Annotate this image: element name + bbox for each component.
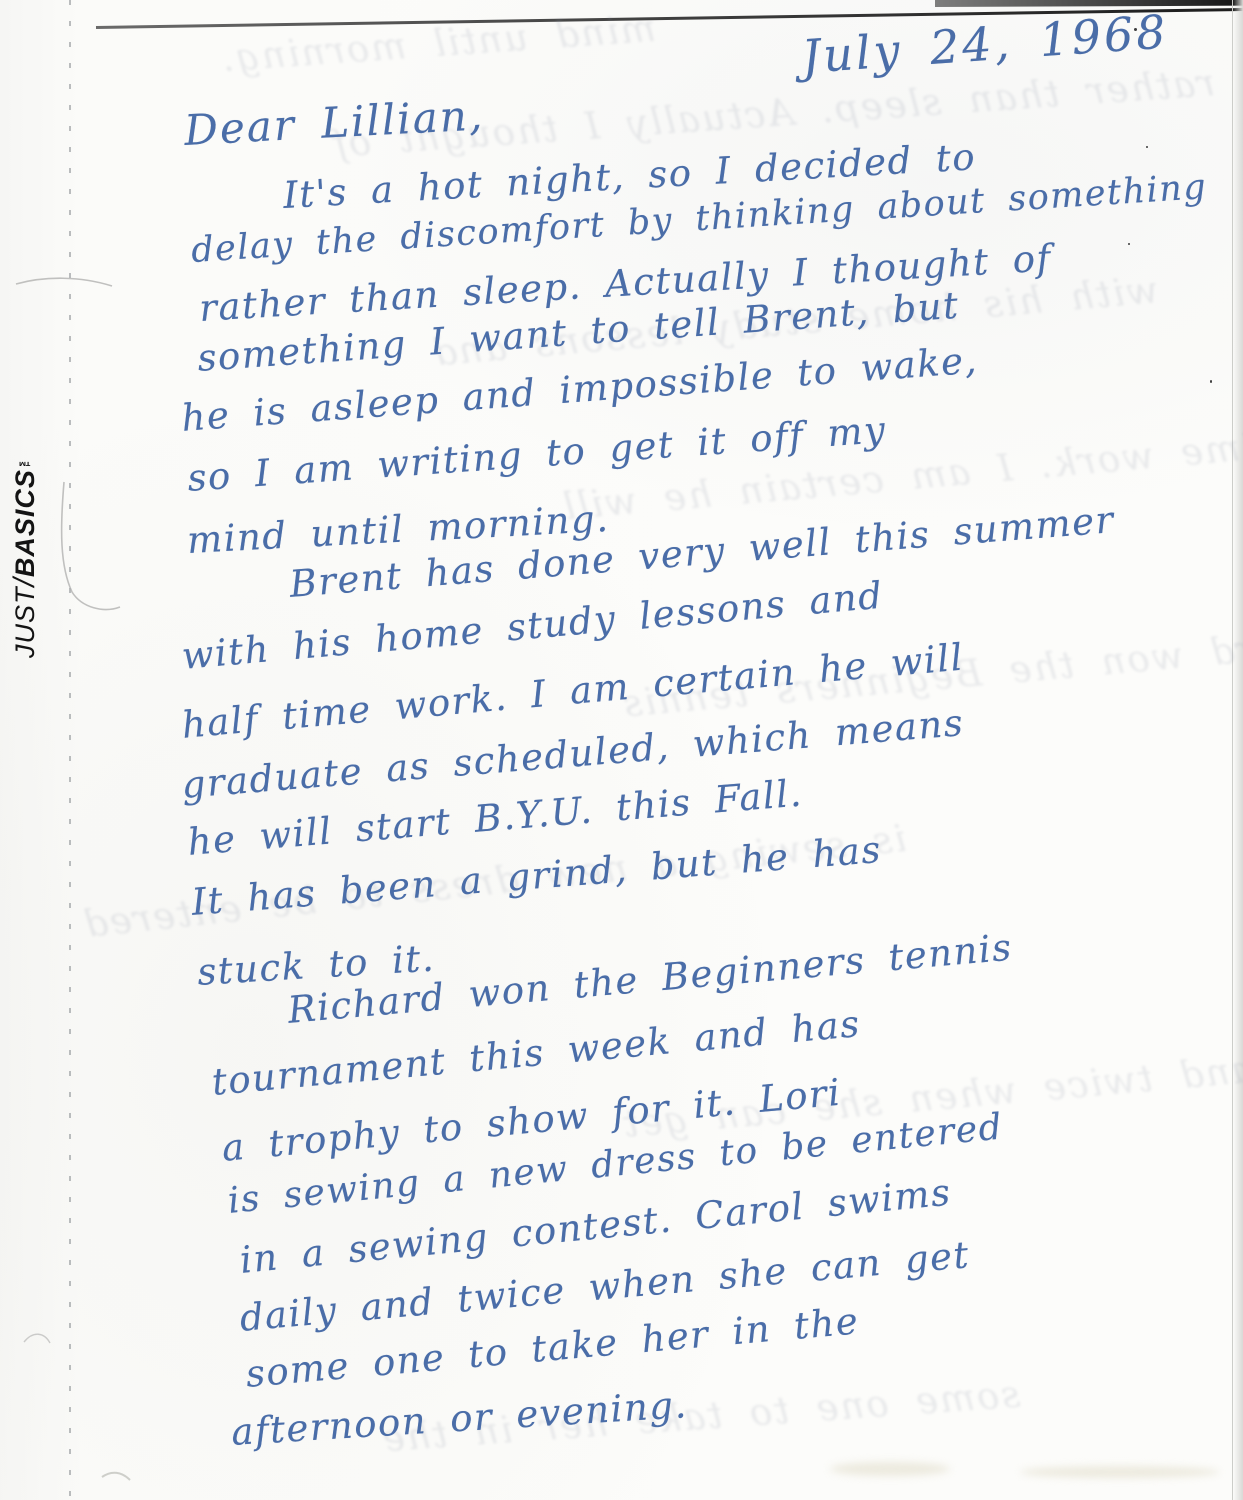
- paper-smudge: [1020, 1466, 1220, 1478]
- brand-basics: BASICS: [10, 469, 40, 577]
- dust-speck: [1134, 28, 1137, 31]
- brand-just: JUST: [10, 587, 40, 659]
- brand-justbasics: JUST/BASICS™: [8, 358, 42, 658]
- dust-speck: [1146, 146, 1148, 148]
- paper-smudge: [830, 1462, 950, 1476]
- perforation-line: [69, 0, 71, 1500]
- brand-trademark: ™: [17, 453, 32, 469]
- paper-right-edge-shadow: [1233, 0, 1243, 1500]
- brand-slash: /: [8, 577, 41, 586]
- paper-right-edge-line: [1232, 0, 1233, 1500]
- dust-speck: [1128, 243, 1130, 245]
- dust-speck: [1210, 380, 1212, 383]
